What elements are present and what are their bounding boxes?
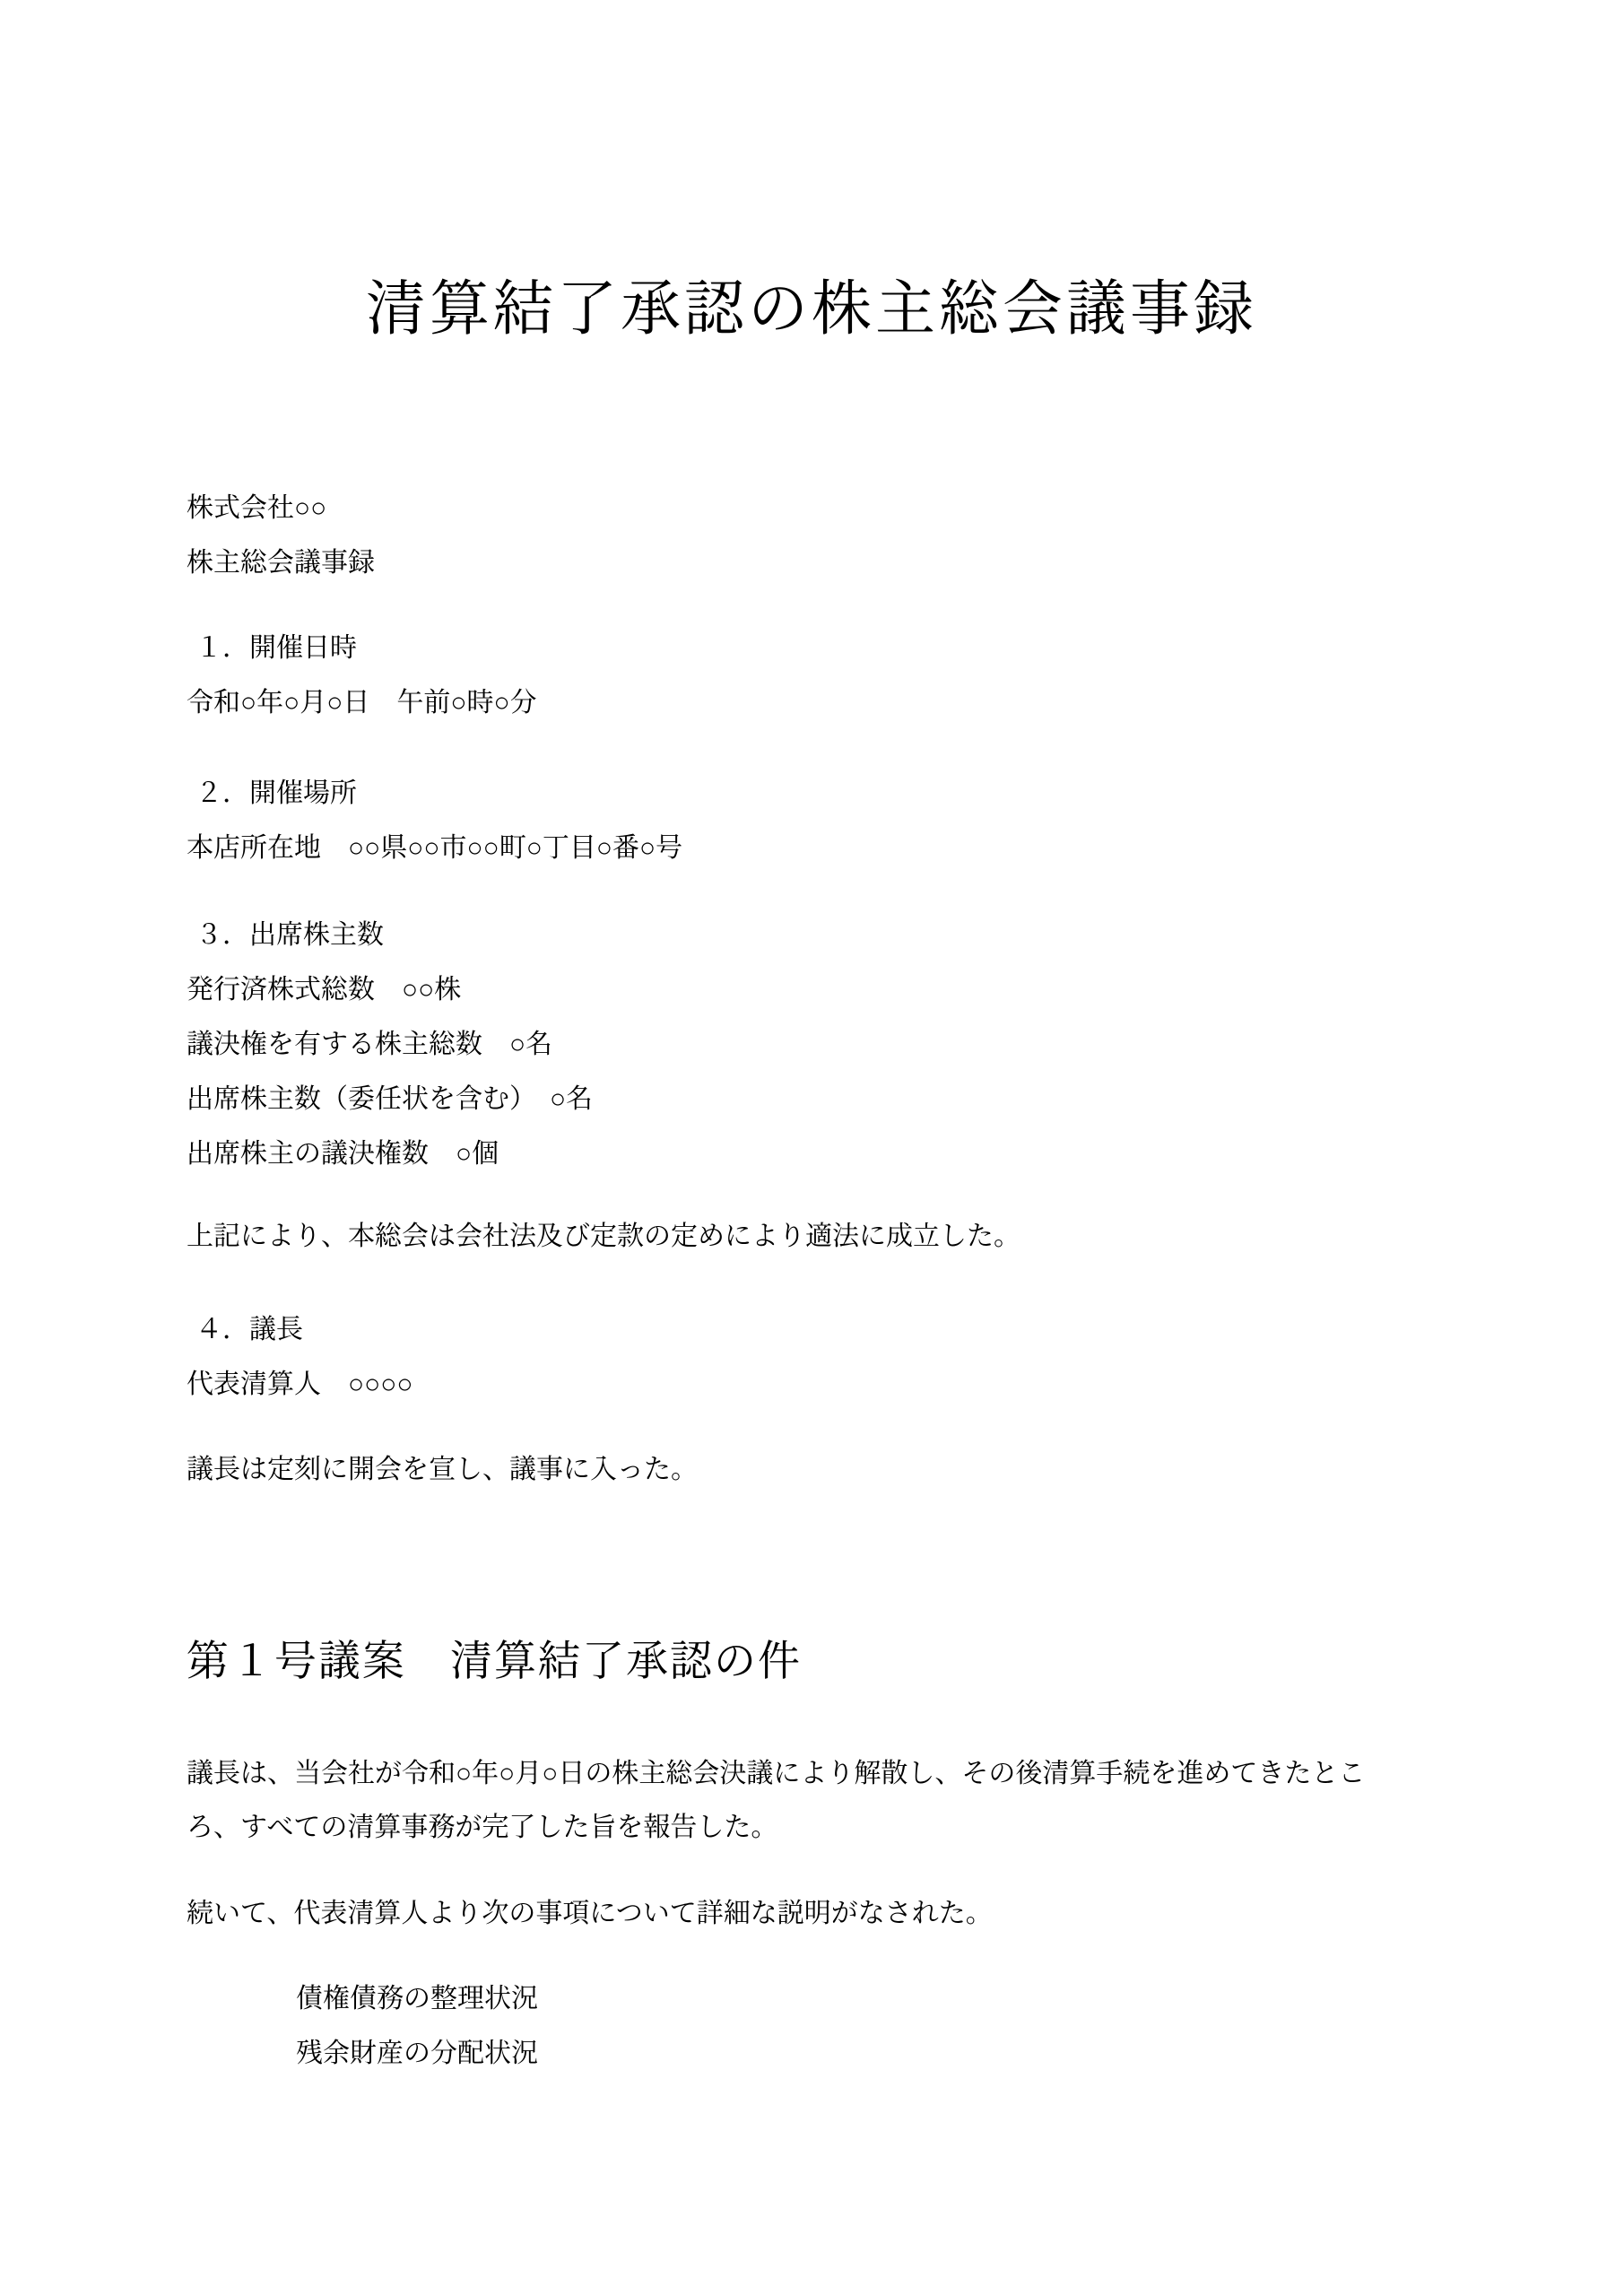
section-4-chairman: 代表清算人 ○○○○ — [187, 1357, 1437, 1412]
section-2-heading: ２．開催場所 — [187, 766, 1437, 821]
document-title: 清算結了承認の株主総会議事録 — [187, 274, 1437, 345]
document-page: 清算結了承認の株主総会議事録 株式会社○○ 株主総会議事録 １．開催日時 令和○… — [0, 0, 1624, 2296]
statement-meeting-valid: 上記により、本総会は会社法及び定款の定めにより適法に成立した。 — [187, 1209, 1437, 1264]
section-4-heading: ４．議長 — [187, 1302, 1437, 1357]
section-3-voting-shareholders: 議決権を有する株主総数 ○名 — [187, 1017, 1437, 1072]
section-3-attending-shareholders: 出席株主数（委任状を含む） ○名 — [187, 1072, 1437, 1126]
company-name: 株式会社○○ — [187, 481, 1437, 535]
section-1-heading: １．開催日時 — [187, 621, 1437, 675]
section-1-datetime: 令和○年○月○日 午前○時○分 — [187, 675, 1437, 730]
section-3-total-shares: 発行済株式総数 ○○株 — [187, 962, 1437, 1017]
agenda-report-paragraph: 議長は、当会社が令和○年○月○日の株主総会決議により解散し、その後清算手続を進め… — [187, 1747, 1413, 1855]
agenda-explanation-paragraph: 続いて、代表清算人より次の事項について詳細な説明がなされた。 — [187, 1886, 1437, 1941]
section-3-voting-rights: 出席株主の議決権数 ○個 — [187, 1126, 1437, 1181]
section-3-heading: ３．出席株主数 — [187, 908, 1437, 962]
explanation-item-residual-assets: 残余財産の分配状況 — [187, 2026, 1437, 2081]
section-2-location: 本店所在地 ○○県○○市○○町○丁目○番○号 — [187, 821, 1437, 875]
statement-meeting-opened: 議長は定刻に開会を宣し、議事に入った。 — [187, 1442, 1437, 1497]
explanation-item-debts: 債権債務の整理状況 — [187, 1971, 1437, 2026]
agenda-item-1-heading: 第１号議案 清算結了承認の件 — [187, 1630, 1437, 1692]
document-subtitle: 株主総会議事録 — [187, 535, 1437, 590]
